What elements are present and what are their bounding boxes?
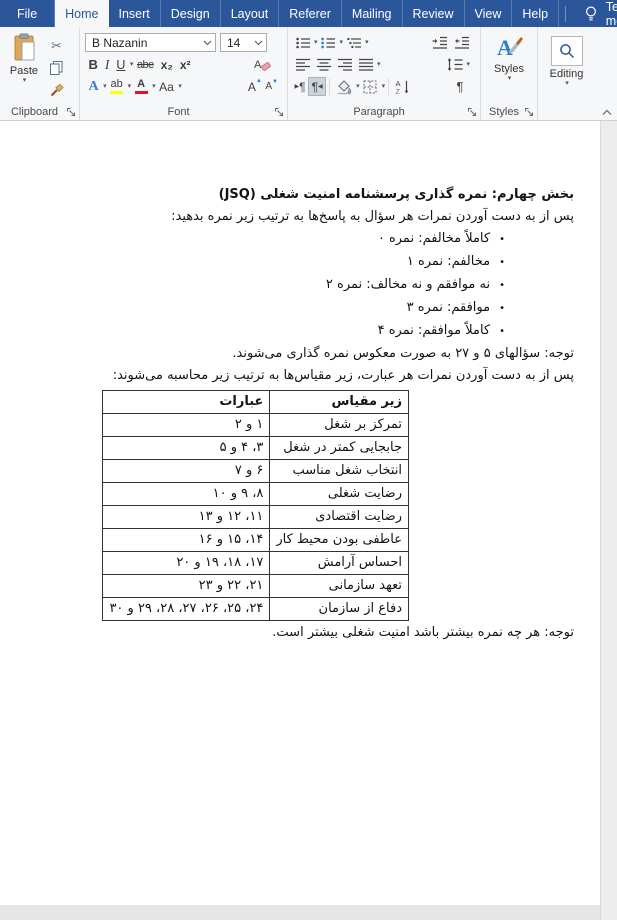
- font-size-combobox[interactable]: 14: [220, 33, 267, 52]
- svg-text:Z: Z: [395, 87, 400, 95]
- paragraph-group: ▾ ▾ ▾: [288, 27, 481, 120]
- document-content: بخش چهارم: نمره گذاری پرسشنامه امنیت شغل…: [0, 121, 600, 644]
- subscale-cell: دفاع از سازمان: [270, 598, 409, 621]
- bullet-icon: •: [499, 252, 505, 274]
- items-cell: ۳، ۴ و ۵: [103, 437, 270, 460]
- grow-font-button[interactable]: A ▲: [244, 80, 262, 94]
- table-row: دفاع از سازمان ۲۴، ۲۵، ۲۶، ۲۷، ۲۸، ۲۹ و …: [103, 598, 409, 621]
- list-item-text: موافقم: نمره ۳: [407, 297, 490, 319]
- rtl-arrow-icon: ◀: [318, 84, 323, 90]
- align-right-icon: [337, 57, 353, 72]
- items-cell: ۱۱، ۱۲ و ۱۳: [103, 506, 270, 529]
- vertical-scrollbar[interactable]: [600, 121, 617, 920]
- subscale-cell: تمرکز بر شغل: [270, 414, 409, 437]
- shading-bucket-icon: [336, 79, 353, 95]
- bullet-icon: •: [499, 229, 505, 251]
- table-header-row: زیر مقیاس عبارات: [103, 391, 409, 414]
- bullet-icon: •: [499, 298, 505, 320]
- multilevel-list-button[interactable]: [343, 33, 364, 52]
- table-row: تعهد سازمانی ۲۱، ۲۲ و ۲۳: [103, 575, 409, 598]
- items-cell: ۱۷، ۱۸، ۱۹ و ۲۰: [103, 552, 270, 575]
- items-cell: ۲۴، ۲۵، ۲۶، ۲۷، ۲۸، ۲۹ و ۳۰: [103, 598, 270, 621]
- subscale-cell: رضایت اقتصادی: [270, 506, 409, 529]
- items-cell: ۱ و ۲: [103, 414, 270, 437]
- tab-insert[interactable]: Insert: [109, 0, 161, 27]
- font-name-combobox[interactable]: B Nazanin: [85, 33, 216, 52]
- shading-button[interactable]: [333, 77, 355, 96]
- tab-help[interactable]: Help: [512, 0, 559, 27]
- font-name-value: B Nazanin: [92, 36, 147, 50]
- intro-paragraph: پس از به دست آوردن نمرات هر سؤال به پاسخ…: [30, 206, 574, 228]
- subscale-cell: احساس آرامش: [270, 552, 409, 575]
- editing-dropdown-icon: ▾: [565, 80, 569, 87]
- bullets-button[interactable]: [292, 33, 313, 52]
- editing-group: Editing ▾: [538, 27, 595, 120]
- font-name-chevron-icon: [203, 40, 212, 46]
- font-group: B Nazanin 14 B I U ▾ abe x₂ x² A: [80, 27, 288, 120]
- sort-icon: AZ: [395, 79, 411, 95]
- tab-home[interactable]: Home: [55, 0, 108, 27]
- align-center-icon: [316, 57, 332, 72]
- change-case-button[interactable]: Aa: [156, 80, 178, 94]
- table-row: عاطفی بودن محیط کار ۱۴، ۱۵ و ۱۶: [103, 529, 409, 552]
- bullet-list-icon: [295, 35, 311, 51]
- document-area: بخش چهارم: نمره گذاری پرسشنامه امنیت شغل…: [0, 121, 617, 920]
- editing-button-label: Editing: [550, 68, 584, 80]
- items-cell: ۶ و ۷: [103, 460, 270, 483]
- tab-layout[interactable]: Layout: [221, 0, 280, 27]
- line-spacing-button[interactable]: [443, 55, 465, 74]
- borders-icon: [362, 79, 378, 95]
- list-item-text: کاملاً مخالفم: نمره ۰: [378, 228, 490, 250]
- underline-button[interactable]: U: [113, 58, 129, 72]
- items-cell: ۱۴، ۱۵ و ۱۶: [103, 529, 270, 552]
- clipboard-dialog-launcher-icon[interactable]: [66, 107, 76, 117]
- list-item: • موافقم: نمره ۳: [30, 297, 505, 320]
- list-item: • کاملاً موافقم: نمره ۴: [30, 320, 505, 343]
- list-item-text: مخالفم: نمره ۱: [407, 251, 490, 273]
- tabbar-separator: [565, 6, 566, 22]
- paragraph-separator-2: [388, 78, 389, 95]
- borders-dropdown-icon[interactable]: ▾: [382, 83, 386, 90]
- shrink-font-caret-icon: ▼: [272, 79, 278, 85]
- strikethrough-button[interactable]: abe: [133, 59, 157, 71]
- lightbulb-icon: [584, 5, 598, 23]
- tell-me-button[interactable]: Tell me: [572, 0, 617, 28]
- styles-icon: A: [494, 33, 524, 61]
- list-item-text: نه موافقم و نه مخالف: نمره ۲: [326, 274, 490, 296]
- styles-dialog-launcher-icon[interactable]: [524, 107, 534, 117]
- subscale-cell: عاطفی بودن محیط کار: [270, 529, 409, 552]
- subscale-cell: جابجایی کمتر در شغل: [270, 437, 409, 460]
- table-row: انتخاب شغل مناسب ۶ و ۷: [103, 460, 409, 483]
- rtl-direction-button[interactable]: ¶ ◀: [308, 77, 326, 96]
- cut-button[interactable]: ✂: [46, 37, 67, 54]
- change-case-dropdown-icon[interactable]: ▾: [178, 83, 182, 90]
- align-left-icon: [295, 57, 311, 72]
- ltr-direction-button[interactable]: ▶ ¶: [292, 77, 308, 96]
- align-left-button[interactable]: [292, 55, 313, 74]
- increase-indent-icon: [453, 35, 470, 50]
- tab-review[interactable]: Review: [403, 0, 465, 27]
- styles-button-label: Styles: [494, 63, 524, 75]
- text-effects-button[interactable]: A: [85, 79, 102, 95]
- list-item: • نه موافقم و نه مخالف: نمره ۲: [30, 274, 505, 297]
- justify-icon: [358, 57, 374, 72]
- subscale-cell: انتخاب شغل مناسب: [270, 460, 409, 483]
- numbered-list-icon: [320, 35, 336, 51]
- paragraph-group-label: Paragraph: [288, 106, 470, 118]
- font-size-value: 14: [227, 36, 240, 50]
- styles-button[interactable]: A Styles ▾: [483, 31, 535, 82]
- reverse-scoring-note: توجه: سؤالهای ۵ و ۲۷ به صورت معکوس نمره …: [30, 343, 574, 365]
- list-item-text: کاملاً موافقم: نمره ۴: [378, 320, 490, 342]
- font-dialog-launcher-icon[interactable]: [274, 107, 284, 117]
- subscale-cell: تعهد سازمانی: [270, 575, 409, 598]
- tab-view[interactable]: View: [465, 0, 513, 27]
- paste-button[interactable]: Paste ▾: [2, 31, 46, 104]
- paragraph-dialog-launcher-icon[interactable]: [467, 107, 477, 117]
- multilevel-list-icon: [346, 35, 362, 51]
- font-color-icon: A: [135, 79, 148, 95]
- clipboard-group: Paste ▾ ✂ Clipboard: [0, 27, 80, 120]
- paste-dropdown-icon[interactable]: ▾: [23, 77, 27, 84]
- svg-text:A: A: [254, 59, 262, 71]
- styles-group-label: Styles: [481, 106, 527, 118]
- format-painter-icon: [49, 83, 64, 97]
- styles-dropdown-icon: ▾: [508, 75, 512, 82]
- highlight-color-button[interactable]: ab: [107, 79, 127, 95]
- numbering-button[interactable]: [318, 33, 339, 52]
- copy-button[interactable]: [46, 59, 67, 76]
- font-group-label: Font: [80, 106, 277, 118]
- font-color-button[interactable]: A: [131, 79, 151, 95]
- bold-button[interactable]: B: [85, 57, 101, 72]
- paste-clipboard-icon: [12, 33, 37, 62]
- increase-indent-button[interactable]: [450, 33, 472, 52]
- paragraph-separator: [329, 78, 330, 95]
- copy-icon: [49, 60, 64, 75]
- align-center-button[interactable]: [313, 55, 334, 74]
- tab-design[interactable]: Design: [161, 0, 221, 27]
- table-row: رضایت اقتصادی ۱۱، ۱۲ و ۱۳: [103, 506, 409, 529]
- items-cell: ۸، ۹ و ۱۰: [103, 483, 270, 506]
- subscale-intro: پس از به دست آوردن نمرات هر عبارت، زیر م…: [30, 365, 574, 387]
- header-subscale: زیر مقیاس: [270, 391, 409, 414]
- clipboard-group-label: Clipboard: [0, 106, 69, 118]
- align-right-button[interactable]: [334, 55, 355, 74]
- superscript-button[interactable]: x²: [176, 58, 194, 72]
- editing-button[interactable]: Editing ▾: [540, 31, 593, 87]
- borders-button[interactable]: [360, 77, 381, 96]
- decrease-indent-icon: [431, 35, 448, 50]
- section-heading: بخش چهارم: نمره گذاری پرسشنامه امنیت شغل…: [30, 184, 574, 206]
- document-page[interactable]: بخش چهارم: نمره گذاری پرسشنامه امنیت شغل…: [0, 121, 600, 905]
- justify-dropdown-icon[interactable]: ▾: [377, 61, 381, 68]
- bullet-icon: •: [499, 321, 505, 343]
- justify-button[interactable]: [355, 55, 376, 74]
- decrease-indent-button[interactable]: [428, 33, 450, 52]
- table-row: احساس آرامش ۱۷، ۱۸، ۱۹ و ۲۰: [103, 552, 409, 575]
- paste-label: Paste: [10, 65, 38, 77]
- line-spacing-icon: [446, 57, 463, 72]
- multilevel-dropdown-icon[interactable]: ▾: [365, 39, 369, 46]
- clear-formatting-button[interactable]: A: [250, 57, 274, 72]
- items-cell: ۲۱، ۲۲ و ۲۳: [103, 575, 270, 598]
- clear-formatting-icon: A: [254, 57, 271, 72]
- collapse-ribbon-icon[interactable]: [601, 108, 613, 116]
- subscript-button[interactable]: x₂: [157, 58, 176, 72]
- tab-mailings[interactable]: Mailing: [342, 0, 403, 27]
- sort-button[interactable]: AZ: [392, 77, 413, 96]
- highlight-icon: ab: [110, 79, 123, 95]
- word-window: { "icons": { "dropdown": "▾", "bullet": …: [0, 0, 617, 920]
- bullet-icon: •: [499, 275, 505, 297]
- svg-text:A: A: [497, 35, 513, 60]
- find-magnifier-icon: [551, 36, 583, 66]
- ribbon-tab-bar: File Home Insert Design Layout Referer M…: [0, 0, 617, 27]
- subscale-cell: رضایت شغلی: [270, 483, 409, 506]
- font-size-chevron-icon: [254, 40, 263, 46]
- line-spacing-dropdown-icon[interactable]: ▾: [466, 61, 470, 68]
- format-painter-button[interactable]: [46, 81, 67, 98]
- table-row: رضایت شغلی ۸، ۹ و ۱۰: [103, 483, 409, 506]
- list-item: • مخالفم: نمره ۱: [30, 251, 505, 274]
- tell-me-label: Tell me: [606, 0, 617, 28]
- show-hide-marks-button[interactable]: ¶: [454, 77, 466, 96]
- subscale-table: زیر مقیاس عبارات تمرکز بر شغل ۱ و ۲ جابج…: [102, 390, 409, 621]
- italic-button[interactable]: I: [101, 57, 113, 73]
- table-row: جابجایی کمتر در شغل ۳، ۴ و ۵: [103, 437, 409, 460]
- ribbon-filler: [595, 27, 617, 120]
- tab-file[interactable]: File: [0, 0, 55, 27]
- ribbon: Paste ▾ ✂ Clipboard: [0, 27, 617, 121]
- shrink-font-button[interactable]: A ▼: [262, 81, 278, 92]
- scissors-icon: ✂: [51, 38, 62, 54]
- final-note: توجه: هر چه نمره بیشتر باشد امنیت شغلی ب…: [30, 622, 574, 644]
- styles-group: A Styles ▾ Styles: [481, 27, 538, 120]
- list-item: • کاملاً مخالفم: نمره ۰: [30, 228, 505, 251]
- header-items: عبارات: [103, 391, 270, 414]
- tab-references[interactable]: Referer: [279, 0, 342, 27]
- table-row: تمرکز بر شغل ۱ و ۲: [103, 414, 409, 437]
